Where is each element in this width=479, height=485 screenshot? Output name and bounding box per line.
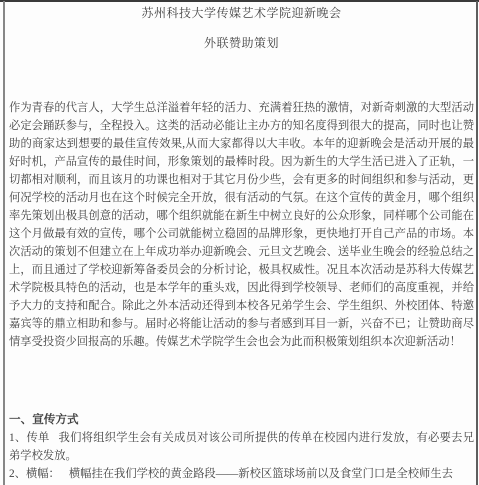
page-edge-left <box>3 1 5 485</box>
list-item-flyer: 1、传单我们将组织学生会有关成员对该公司所提供的传单在校园内进行发放，有必要去兄… <box>9 429 474 465</box>
list-item-banner-label: 2、横幅： <box>9 468 60 480</box>
list-item-banner: 2、横幅：横幅挂在我们学校的黄金路段——新校区篮球场前以及食堂门口是全校师生去 <box>9 465 474 483</box>
intro-paragraph: 作为青春的代言人，大学生总洋溢着年轻的活力、充满着狂热的激情，对新奇刺激的大型活… <box>9 99 474 351</box>
document-subtitle: 外联赞助策划 <box>9 34 474 52</box>
document-content: 苏州科技大学传媒艺术学院迎新晚会 外联赞助策划 作为青春的代言人，大学生总洋溢着… <box>9 0 474 351</box>
list-item-banner-text: 横幅挂在我们学校的黄金路段——新校区篮球场前以及食堂门口是全校师生去 <box>69 468 453 480</box>
document-page: 苏州科技大学传媒艺术学院迎新晚会 外联赞助策划 作为青春的代言人，大学生总洋溢着… <box>0 0 479 485</box>
promotion-section: 一、宣传方式 1、传单我们将组织学生会有关成员对该公司所提供的传单在校园内进行发… <box>9 411 474 483</box>
section-heading: 一、宣传方式 <box>9 411 474 429</box>
list-item-flyer-label: 1、传单 <box>9 432 50 444</box>
document-title: 苏州科技大学传媒艺术学院迎新晚会 <box>9 4 474 22</box>
page-edge-right <box>476 1 478 485</box>
list-item-flyer-text: 我们将组织学生会有关成员对该公司所提供的传单在校园内进行发放，有必要去兄弟学校发… <box>9 432 474 462</box>
